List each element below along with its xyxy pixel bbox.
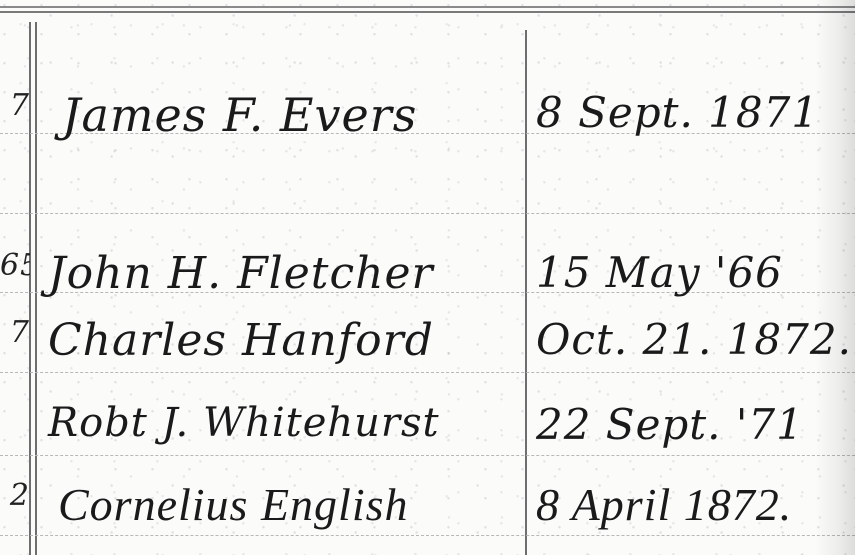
ledger-line bbox=[0, 213, 855, 214]
margin-number: 7 bbox=[0, 315, 30, 350]
entry-name: John H. Fletcher bbox=[48, 248, 434, 299]
top-rule bbox=[0, 6, 855, 8]
entry-name: Robt J. Whitehurst bbox=[48, 400, 440, 446]
ledger-line bbox=[0, 455, 855, 456]
entry-name: Charles Hanford bbox=[48, 315, 434, 366]
entry-date: 15 May '66 bbox=[536, 248, 783, 297]
margin-column-rule bbox=[35, 22, 37, 555]
entry-date: 8 Sept. 1871 bbox=[536, 88, 819, 137]
entry-date: Oct. 21. 1872. bbox=[536, 315, 852, 364]
ledger-line bbox=[0, 372, 855, 373]
entry-date: 22 Sept. '71 bbox=[536, 400, 804, 449]
ledger-page: 7 James F. Evers 8 Sept. 1871 65 John H.… bbox=[0, 0, 855, 555]
entry-name: James F. Evers bbox=[62, 88, 417, 142]
entry-name: Cornelius English bbox=[58, 478, 409, 531]
margin-number: 7 bbox=[0, 88, 30, 123]
top-rule bbox=[0, 11, 855, 13]
margin-number: 65 bbox=[0, 248, 30, 283]
margin-number: 2 bbox=[0, 478, 30, 513]
entry-date: 8 April 1872. bbox=[536, 478, 792, 531]
ledger-line bbox=[0, 535, 855, 536]
